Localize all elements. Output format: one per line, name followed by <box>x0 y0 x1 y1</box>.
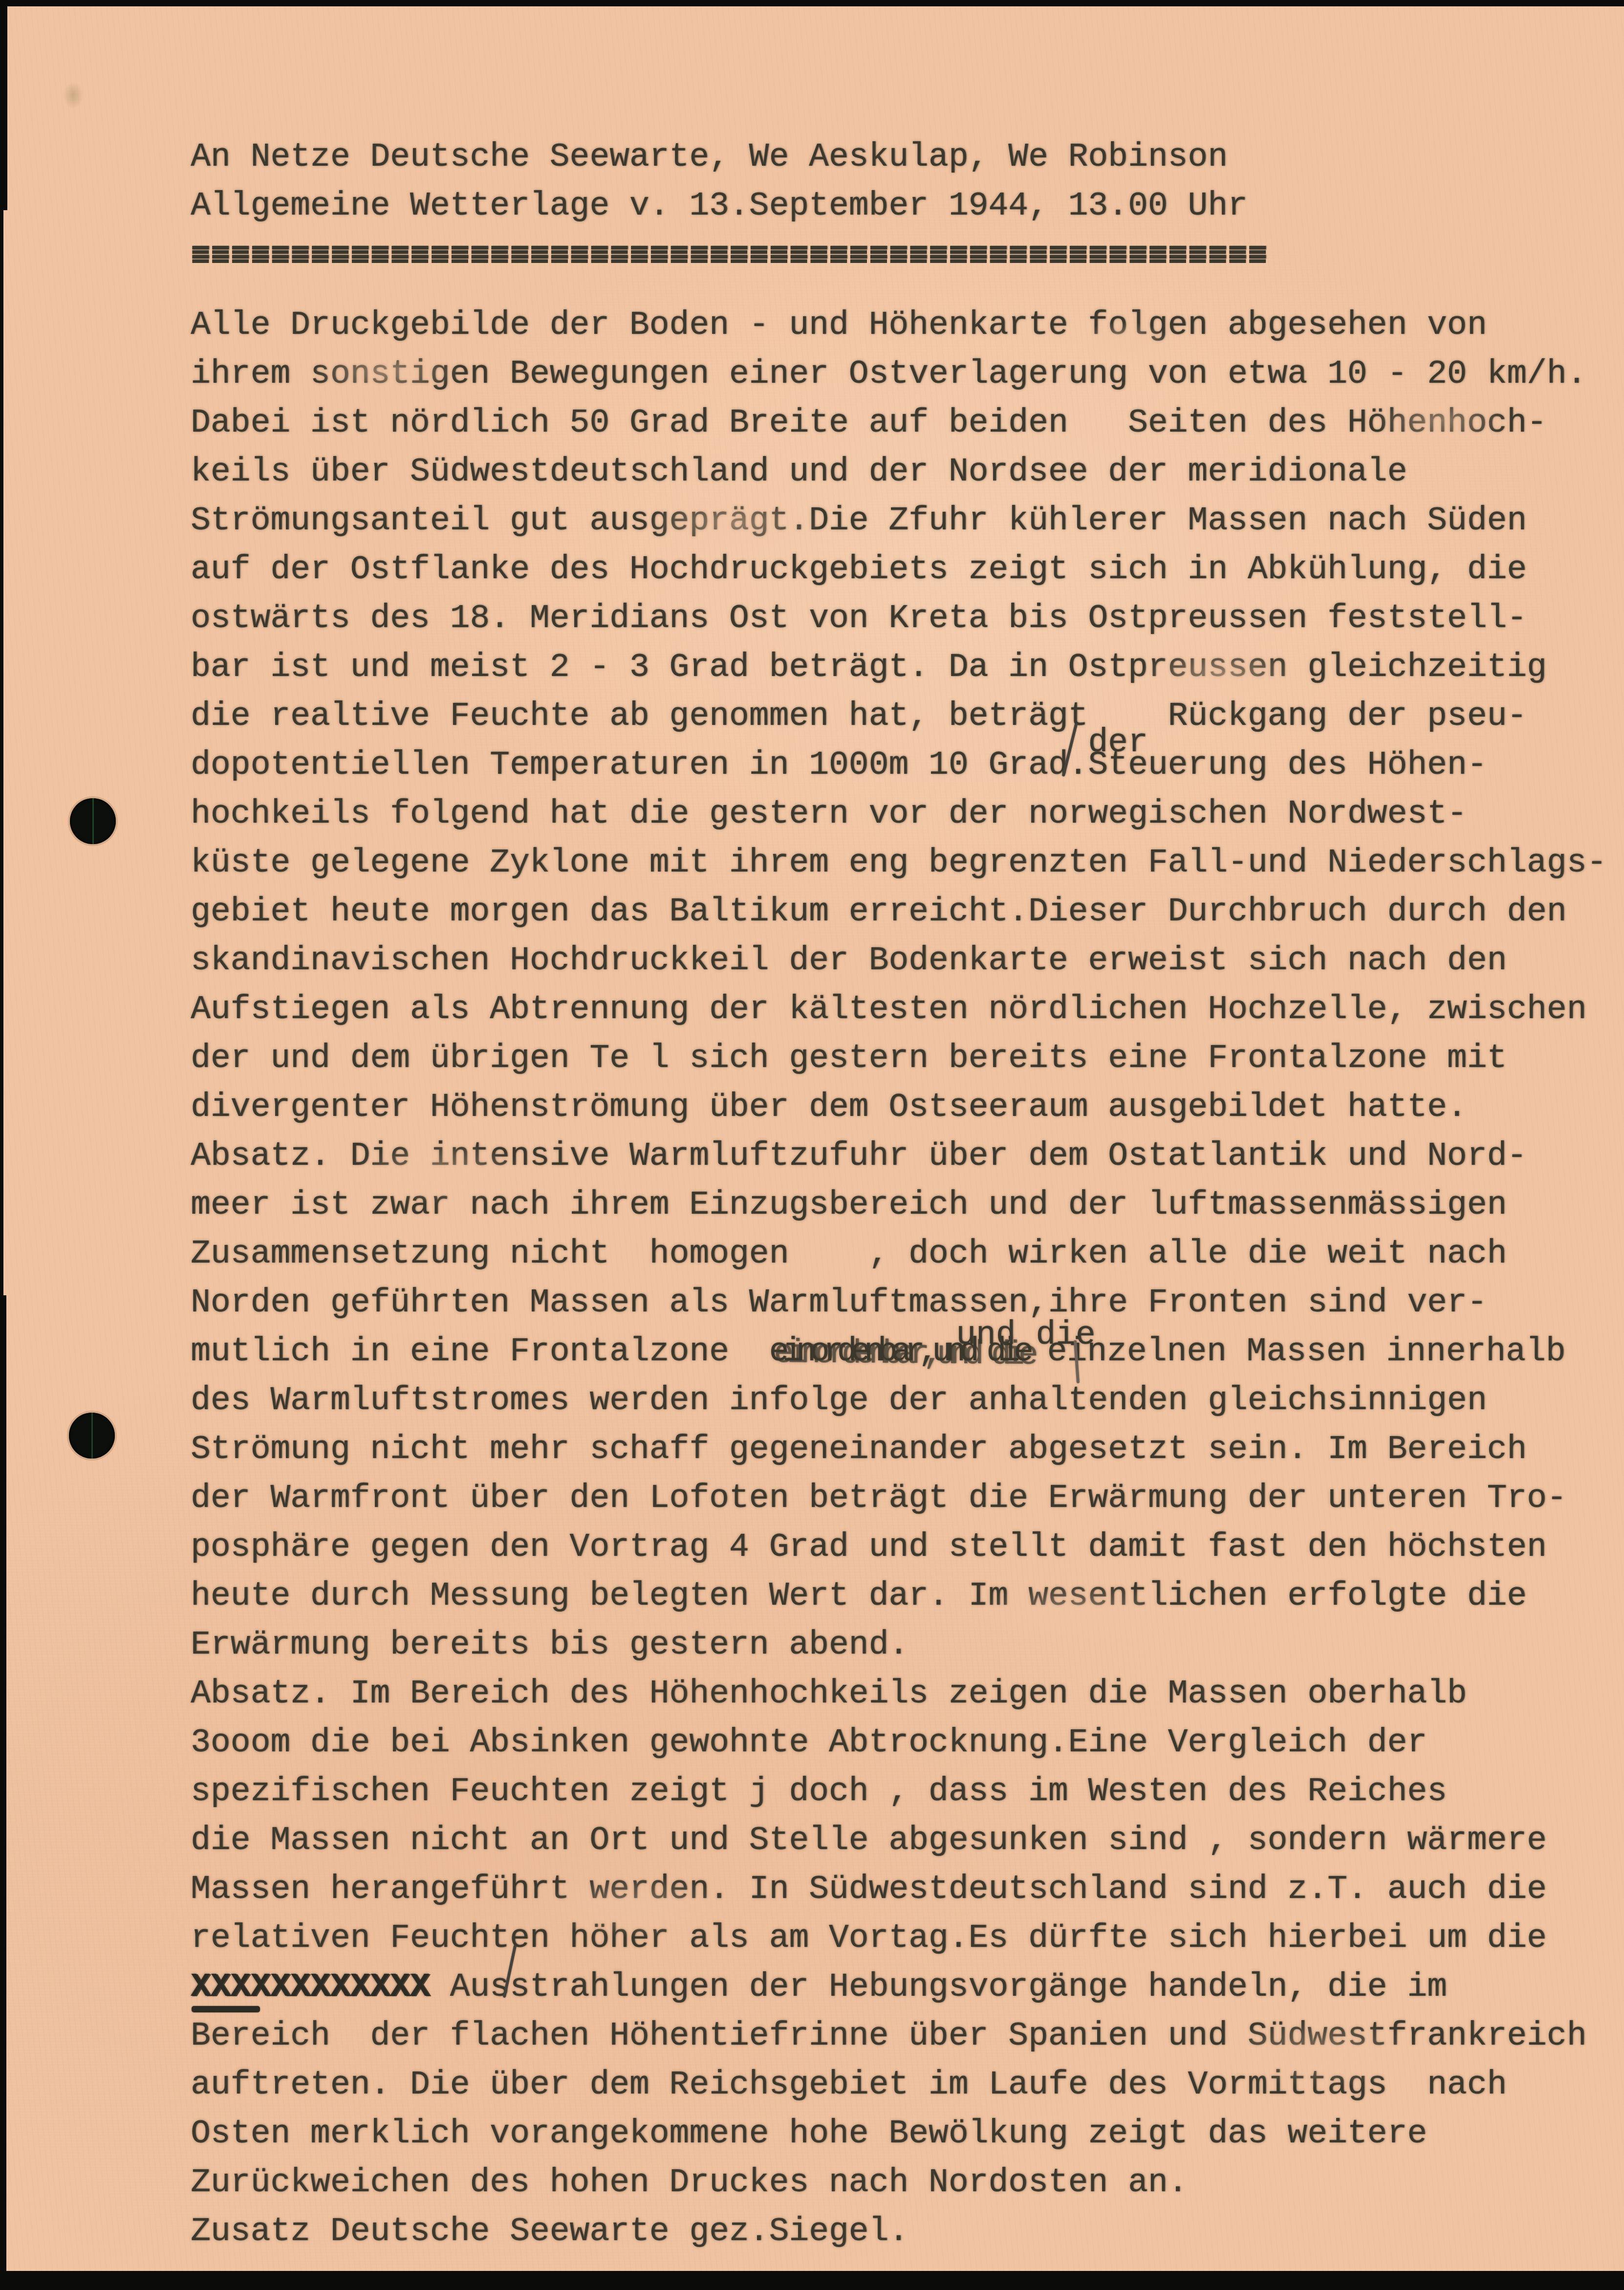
scan-edge-top <box>0 0 1624 6</box>
punch-hole-top <box>70 798 116 844</box>
annotations: und die <box>0 0 1624 2290</box>
slash-mark-grad-steuerung <box>1062 723 1078 777</box>
strikeout-underline <box>192 2006 260 2012</box>
scan-edge-bottom <box>0 2271 1624 2290</box>
scan-edge-left-upper <box>0 0 7 210</box>
scanned-document-page: An Netze Deutsche Seewarte, We Aeskulap,… <box>0 0 1624 2290</box>
slash-mark-ausstrahlungen <box>503 1945 517 1998</box>
punch-hole-bottom <box>69 1413 115 1459</box>
scan-edge-left-lower <box>0 1295 6 2290</box>
